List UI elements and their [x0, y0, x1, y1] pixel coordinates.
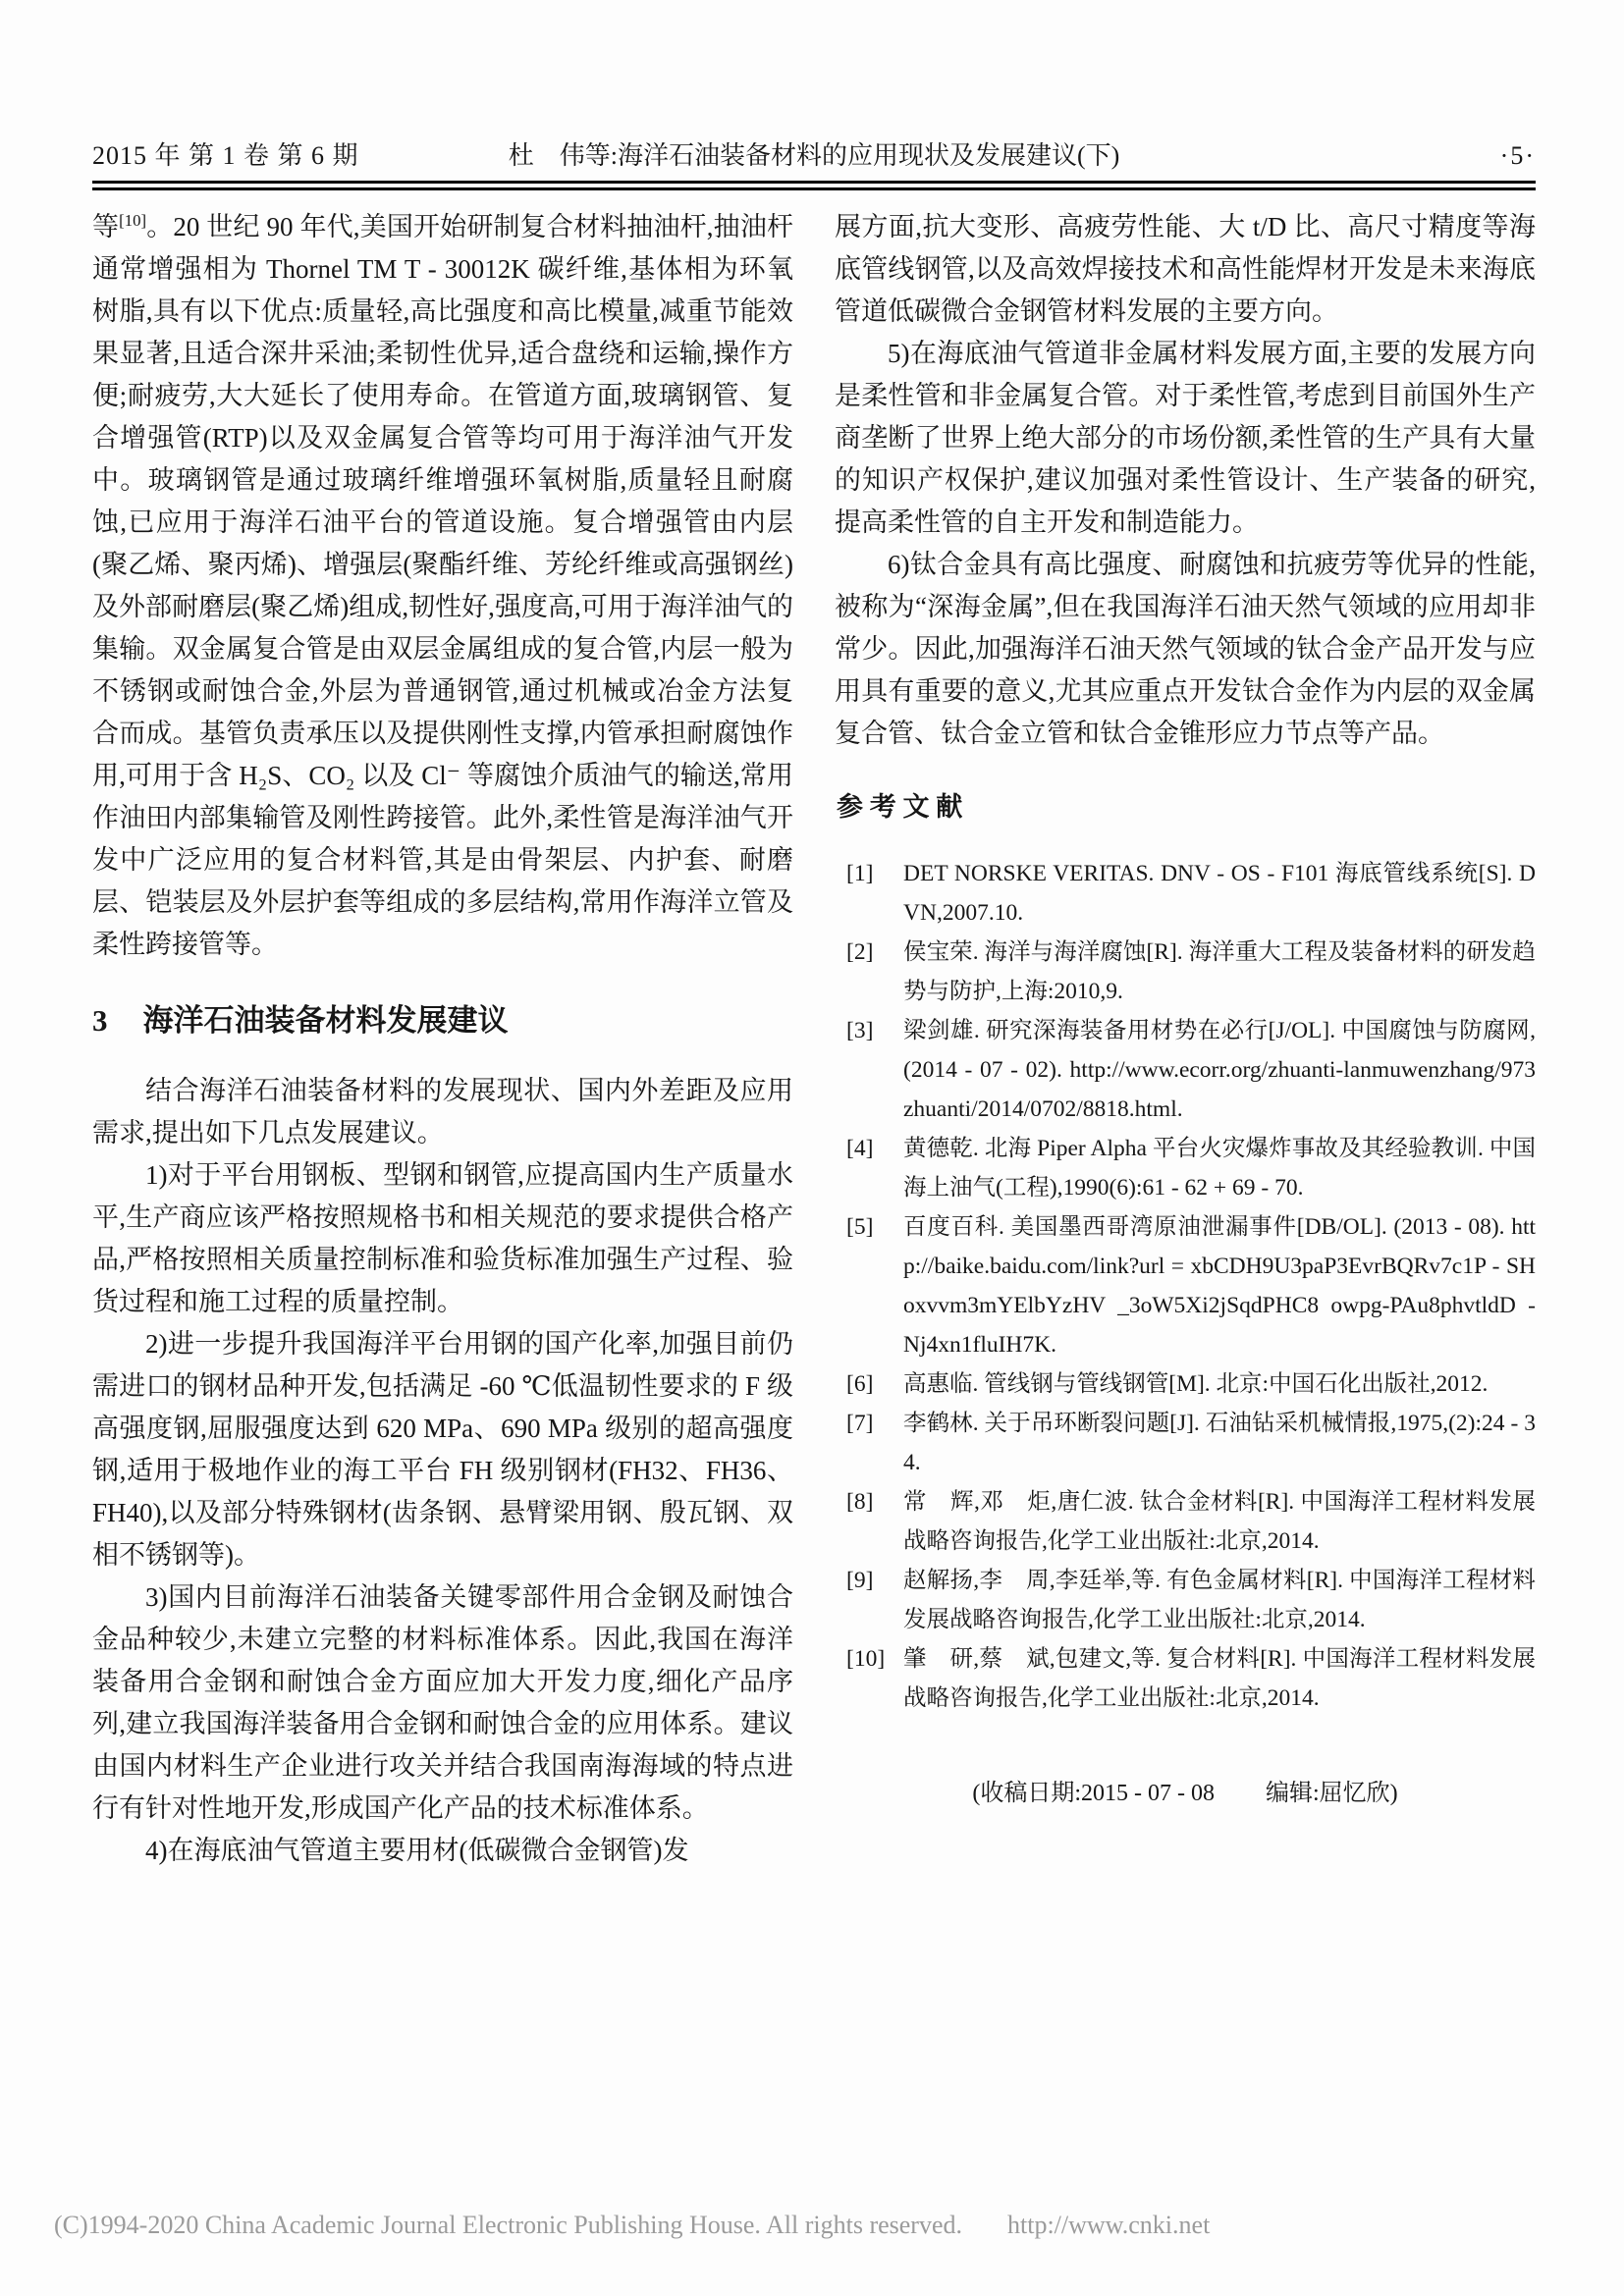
divider-rule-bottom	[92, 187, 1536, 190]
reference-item: [2] 侯宝荣. 海洋与海洋腐蚀[R]. 海洋重大工程及装备材料的研发趋势与防护…	[835, 933, 1536, 1011]
left-column: 等[10]。20 世纪 90 年代,美国开始研制复合材料抽油杆,抽油杆通常增强相…	[92, 206, 793, 1872]
section-title: 海洋石油装备材料发展建议	[143, 1003, 509, 1038]
reference-label: [1]	[835, 854, 903, 933]
cnki-url: http://www.cnki.net	[1007, 2211, 1210, 2240]
paragraph-text-segment: 等	[92, 212, 119, 241]
reference-label: [3]	[835, 1011, 903, 1129]
reference-text: 黄德乾. 北海 Piper Alpha 平台火灾爆炸事故及其经验教训. 中国海上…	[903, 1129, 1536, 1207]
references-heading: 参 考 文 献	[837, 786, 1536, 828]
page-footer: (C)1994-2020 China Academic Journal Elec…	[54, 2211, 1585, 2240]
reference-item: [8] 常 辉,邓 炬,唐仁波. 钛合金材料[R]. 中国海洋工程材料发展战略咨…	[835, 1482, 1536, 1561]
two-column-body: 等[10]。20 世纪 90 年代,美国开始研制复合材料抽油杆,抽油杆通常增强相…	[92, 206, 1536, 1872]
reference-label: [4]	[835, 1129, 903, 1207]
received-date: (收稿日期:2015 - 07 - 08	[972, 1773, 1215, 1815]
running-title: 杜 伟等:海洋石油装备材料的应用现状及发展建议(下)	[426, 135, 1202, 172]
reference-text: 百度百科. 美国墨西哥湾原油泄漏事件[DB/OL]. (2013 - 08). …	[903, 1207, 1536, 1364]
paragraph-text-segment: 。20 世纪 90 年代,美国开始研制复合材料抽油杆,抽油杆通常增强相为 Tho…	[92, 212, 793, 959]
paragraph-suggestion-5: 5)在海底油气管道非金属材料发展方面,主要的发展方向是柔性管和非金属复合管。对于…	[835, 333, 1536, 544]
section-heading: 3海洋石油装备材料发展建议	[92, 999, 793, 1042]
paragraph-intro: 结合海洋石油装备材料的发展现状、国内外差距及应用需求,提出如下几点发展建议。	[92, 1070, 793, 1154]
reference-item: [6] 高惠临. 管线钢与管线钢管[M]. 北京:中国石化出版社,2012.	[835, 1364, 1536, 1404]
page-header: 2015 年 第 1 卷 第 6 期 杜 伟等:海洋石油装备材料的应用现状及发展…	[92, 135, 1536, 172]
reference-item: [9] 赵解扬,李 周,李廷举,等. 有色金属材料[R]. 中国海洋工程材料发展…	[835, 1561, 1536, 1639]
paragraph-suggestion-1: 1)对于平台用钢板、型钢和钢管,应提高国内生产质量水平,生产商应该严格按照规格书…	[92, 1154, 793, 1323]
issue-info: 2015 年 第 1 卷 第 6 期	[92, 135, 426, 172]
reference-label: [6]	[835, 1364, 903, 1404]
references-list: [1] DET NORSKE VERITAS. DNV - OS - F101 …	[835, 854, 1536, 1718]
reference-text: DET NORSKE VERITAS. DNV - OS - F101 海底管线…	[903, 854, 1536, 933]
paragraph-suggestion-3: 3)国内目前海洋石油装备关键零部件用合金钢及耐蚀合金品种较少,未建立完整的材料标…	[92, 1576, 793, 1830]
reference-item: [4] 黄德乾. 北海 Piper Alpha 平台火灾爆炸事故及其经验教训. …	[835, 1129, 1536, 1207]
reference-item: [7] 李鹤林. 关于吊环断裂问题[J]. 石油钻采机械情报,1975,(2):…	[835, 1404, 1536, 1482]
reference-text: 高惠临. 管线钢与管线钢管[M]. 北京:中国石化出版社,2012.	[903, 1364, 1536, 1404]
superscript-citation: [10]	[119, 211, 146, 230]
reference-text: 李鹤林. 关于吊环断裂问题[J]. 石油钻采机械情报,1975,(2):24 -…	[903, 1404, 1536, 1482]
reference-text: 赵解扬,李 周,李廷举,等. 有色金属材料[R]. 中国海洋工程材料发展战略咨询…	[903, 1561, 1536, 1639]
section-number: 3	[92, 1003, 108, 1038]
paragraph-suggestion-4-start: 4)在海底油气管道主要用材(低碳微合金钢管)发	[92, 1830, 793, 1872]
divider-rule-top	[92, 181, 1536, 184]
journal-page: 2015 年 第 1 卷 第 6 期 杜 伟等:海洋石油装备材料的应用现状及发展…	[0, 0, 1624, 2296]
paragraph-suggestion-4-cont: 展方面,抗大变形、高疲劳性能、大 t/D 比、高尺寸精度等海底管线钢管,以及高效…	[835, 206, 1536, 333]
reference-item: [5] 百度百科. 美国墨西哥湾原油泄漏事件[DB/OL]. (2013 - 0…	[835, 1207, 1536, 1364]
reference-text: 肇 研,蔡 斌,包建文,等. 复合材料[R]. 中国海洋工程材料发展战略咨询报告…	[903, 1639, 1536, 1718]
copyright-text: (C)1994-2020 China Academic Journal Elec…	[54, 2211, 962, 2240]
reference-label: [8]	[835, 1482, 903, 1561]
right-column: 展方面,抗大变形、高疲劳性能、大 t/D 比、高尺寸精度等海底管线钢管,以及高效…	[835, 206, 1536, 1872]
reference-item: [3] 梁剑雄. 研究深海装备用材势在必行[J/OL]. 中国腐蚀与防腐网,(2…	[835, 1011, 1536, 1129]
paragraph-suggestion-6: 6)钛合金具有高比强度、耐腐蚀和抗疲劳等优异的性能,被称为“深海金属”,但在我国…	[835, 544, 1536, 755]
reference-label: [10]	[835, 1639, 903, 1718]
page-number: ·5·	[1202, 141, 1536, 171]
reference-label: [7]	[835, 1404, 903, 1482]
paragraph-continuation: 等[10]。20 世纪 90 年代,美国开始研制复合材料抽油杆,抽油杆通常增强相…	[92, 206, 793, 966]
reference-item: [10] 肇 研,蔡 斌,包建文,等. 复合材料[R]. 中国海洋工程材料发展战…	[835, 1639, 1536, 1718]
header-divider	[92, 181, 1536, 190]
reference-text: 侯宝荣. 海洋与海洋腐蚀[R]. 海洋重大工程及装备材料的研发趋势与防护,上海:…	[903, 933, 1536, 1011]
reference-label: [5]	[835, 1207, 903, 1364]
reference-item: [1] DET NORSKE VERITAS. DNV - OS - F101 …	[835, 854, 1536, 933]
paragraph-suggestion-2: 2)进一步提升我国海洋平台用钢的国产化率,加强目前仍需进口的钢材品种开发,包括满…	[92, 1323, 793, 1576]
reference-text: 常 辉,邓 炬,唐仁波. 钛合金材料[R]. 中国海洋工程材料发展战略咨询报告,…	[903, 1482, 1536, 1561]
received-date-line: (收稿日期:2015 - 07 - 08 编辑:屈忆欣)	[835, 1773, 1536, 1815]
editor-name: 编辑:屈忆欣)	[1266, 1773, 1398, 1815]
reference-text: 梁剑雄. 研究深海装备用材势在必行[J/OL]. 中国腐蚀与防腐网,(2014 …	[903, 1011, 1536, 1129]
reference-label: [2]	[835, 933, 903, 1011]
reference-label: [9]	[835, 1561, 903, 1639]
